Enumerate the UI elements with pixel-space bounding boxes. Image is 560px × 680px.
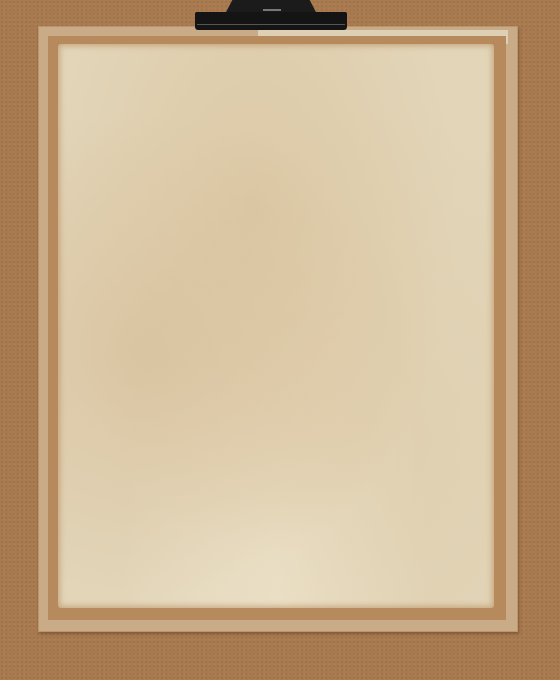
- clip-logo-icon: [263, 9, 281, 11]
- aged-paper-sheet: [48, 36, 506, 620]
- binder-clip: [195, 0, 347, 32]
- brown-board-background: [0, 0, 560, 680]
- clip-edge: [197, 24, 345, 25]
- clip-body: [195, 12, 347, 30]
- paper-surface: [58, 44, 494, 608]
